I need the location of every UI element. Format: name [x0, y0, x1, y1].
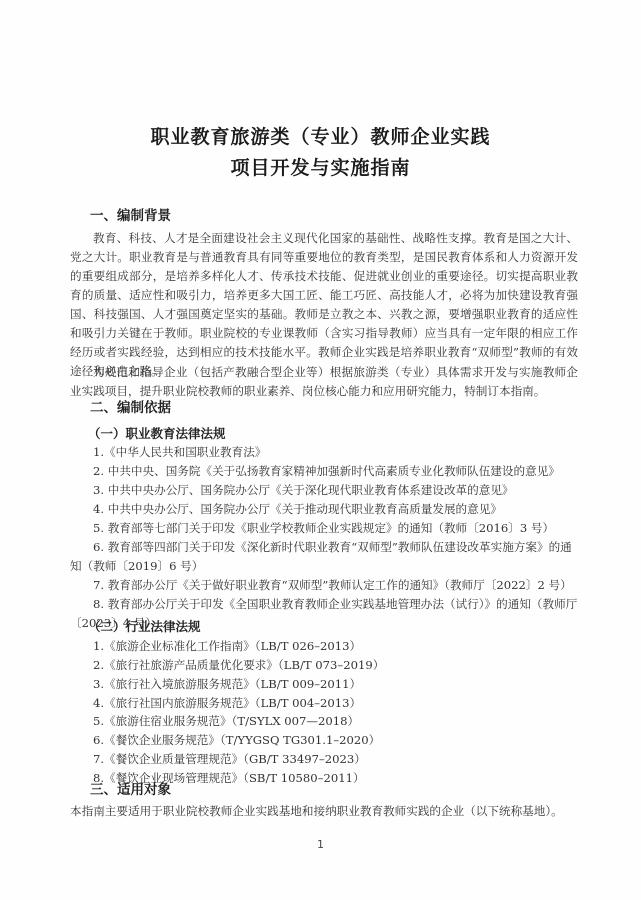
industry-law-item-2: 2.《旅行社旅游产品质量优化要求》（LB/T 073–2019） [70, 656, 580, 675]
vocational-law-item-5: 5. 教育部等七部门关于印发《职业学校教师企业实践规定》的通知（教师〔2016〕… [70, 519, 580, 538]
industry-law-item-4: 4.《旅行社国内旅游服务规范》（LB/T 004–2013） [70, 694, 580, 713]
section-heading-background: 一、编制背景 [90, 204, 171, 224]
page-number: 1 [0, 838, 641, 851]
subsection-heading-industry-laws: （二）行业法律法规 [88, 617, 201, 635]
background-paragraph-1: 教育、科技、人才是全面建设社会主义现代化国家的基础性、战略性支撑。教育是国之大计… [70, 229, 578, 381]
subsection-heading-vocational-laws: （一）职业教育法律法规 [88, 424, 226, 442]
industry-law-item-7: 7.《餐饮企业质量管理规范》（GB/T 33497–2023） [70, 750, 580, 769]
vocational-law-item-2: 2. 中共中央、国务院《关于弘扬教育家精神加强新时代高素质专业化教师队伍建设的意… [70, 462, 580, 481]
vocational-law-item-3: 3. 中共中央办公厅、国务院办公厅《关于深化现代职业教育体系建设改革的意见》 [70, 481, 580, 500]
vocational-law-item-7: 7. 教育部办公厅《关于做好职业教育“双师型”教师认定工作的通知》（教师厅〔20… [70, 576, 580, 595]
industry-law-item-6: 6.《餐饮企业服务规范》（T/YYGSQ TG301.1–2020） [70, 731, 580, 750]
document-title-line-2: 项目开发与实施指南 [0, 153, 641, 180]
scope-paragraph: 本指南主要适用于职业院校教师企业实践基地和接纳职业教育教师实践的企业（以下统称基… [70, 802, 580, 821]
document-title-line-1: 职业教育旅游类（专业）教师企业实践 [0, 122, 641, 149]
industry-law-item-5: 5.《旅游住宿业服务规范》（T/SYLX 007—2018） [70, 712, 580, 731]
document-page: 职业教育旅游类（专业）教师企业实践 项目开发与实施指南 一、编制背景 教育、科技… [0, 0, 641, 900]
section-heading-scope: 三、适用对象 [90, 778, 171, 798]
industry-law-item-1: 1.《旅游企业标准化工作指南》（LB/T 026–2013） [70, 637, 580, 656]
vocational-law-item-4: 4. 中共中央办公厅、国务院办公厅《关于推动现代职业教育高质量发展的意见》 [70, 500, 580, 519]
vocational-law-item-1: 1.《中华人民共和国职业教育法》 [70, 443, 580, 462]
section-heading-basis: 二、编制依据 [90, 396, 171, 416]
vocational-law-item-6: 6. 教育部等四部门关于印发《深化新时代职业教育“双师型”教师队伍建设改革实施方… [70, 538, 580, 576]
industry-law-item-3: 3.《旅行社入境旅游服务规范》（LB/T 009–2011） [70, 675, 580, 694]
